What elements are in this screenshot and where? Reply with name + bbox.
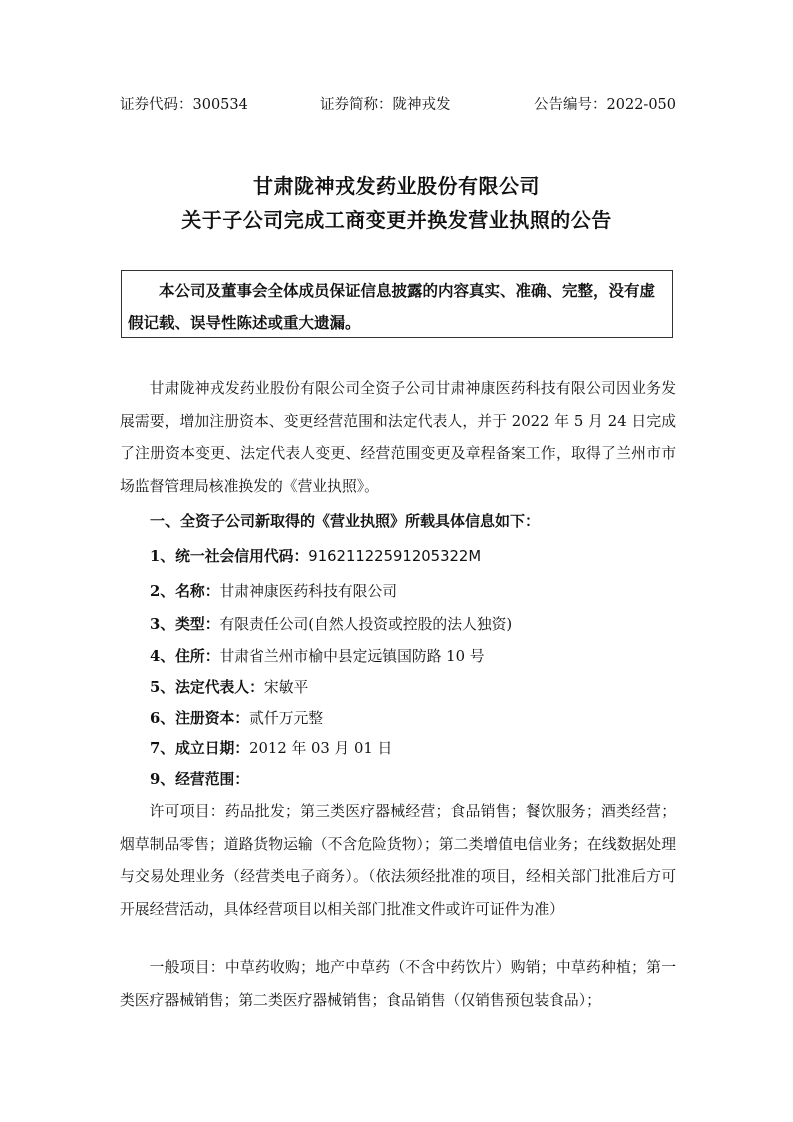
item-number: 3、	[150, 616, 175, 633]
info-item-credit-code: 1、统一社会信用代码：91621122591205322M	[150, 547, 481, 567]
item-label: 注册资本：	[175, 710, 249, 727]
item-value: 有限责任公司(自然人投资或控股的法人独资)	[220, 616, 513, 633]
item-number: 6、	[150, 710, 175, 727]
intro-text: 甘肃陇神戎发药业股份有限公司全资子公司甘肃神康医药科技有限公司因业务发展需要，增…	[120, 373, 676, 503]
general-scope-paragraph: 一般项目：中草药收购；地产中草药（不含中药饮片）购销；中草药种植；第一类医疗器械…	[120, 952, 676, 1017]
section-heading: 一、全资子公司新取得的《营业执照》所载具体信息如下：	[150, 510, 540, 531]
intro-paragraph: 甘肃陇神戎发药业股份有限公司全资子公司甘肃神康医药科技有限公司因业务发展需要，增…	[120, 373, 676, 503]
item-value: 宋敏平	[264, 679, 308, 696]
announcement-header: 证券代码：300534 证券简称：陇神戎发 公告编号：2022-050	[120, 94, 676, 116]
item-value: 贰仟万元整	[249, 710, 323, 727]
disclaimer-box: 本公司及董事会全体成员保证信息披露的内容真实、准确、完整，没有虚假记载、误导性陈…	[121, 270, 673, 338]
item-label: 法定代表人：	[175, 679, 264, 696]
item-value: 91621122591205322M	[308, 548, 481, 565]
info-item-business-scope: 9、经营范围：	[150, 770, 249, 790]
item-number: 9、	[150, 771, 175, 788]
item-label: 名称：	[175, 583, 219, 600]
stock-code: 证券代码：300534	[120, 94, 248, 116]
company-title: 甘肃陇神戎发药业股份有限公司	[0, 170, 793, 199]
item-number: 1、	[150, 548, 175, 565]
info-item-address: 4、住所：甘肃省兰州市榆中县定远镇国防路 10 号	[150, 647, 485, 667]
announcement-number: 公告编号：2022-050	[534, 94, 676, 116]
licensed-scope-paragraph: 许可项目：药品批发；第三类医疗器械经营；食品销售；餐饮服务；酒类经营；烟草制品零…	[120, 796, 676, 926]
general-scope-text: 一般项目：中草药收购；地产中草药（不含中药饮片）购销；中草药种植；第一类医疗器械…	[120, 952, 676, 1017]
item-label: 统一社会信用代码：	[175, 548, 308, 565]
item-number: 5、	[150, 679, 175, 696]
stock-short-name: 证券简称：陇神戎发	[320, 94, 451, 116]
item-number: 2、	[150, 583, 175, 600]
info-item-registered-capital: 6、注册资本：贰仟万元整	[150, 709, 323, 729]
item-label: 类型：	[175, 616, 219, 633]
item-number: 7、	[150, 740, 175, 757]
info-item-legal-rep: 5、法定代表人：宋敏平	[150, 678, 308, 698]
info-item-type: 3、类型：有限责任公司(自然人投资或控股的法人独资)	[150, 615, 512, 635]
info-item-name: 2、名称：甘肃神康医药科技有限公司	[150, 582, 397, 602]
disclaimer-text: 本公司及董事会全体成员保证信息披露的内容真实、准确、完整，没有虚假记载、误导性陈…	[128, 275, 666, 339]
licensed-scope-text: 许可项目：药品批发；第三类医疗器械经营；食品销售；餐饮服务；酒类经营；烟草制品零…	[120, 796, 676, 926]
announcement-title: 关于子公司完成工商变更并换发营业执照的公告	[0, 204, 793, 233]
item-label: 住所：	[175, 648, 219, 665]
item-label: 成立日期：	[175, 740, 249, 757]
item-value: 甘肃神康医药科技有限公司	[220, 583, 398, 600]
info-item-established-date: 7、成立日期：2012 年 03 月 01 日	[150, 739, 392, 759]
item-number: 4、	[150, 648, 175, 665]
item-value: 甘肃省兰州市榆中县定远镇国防路 10 号	[220, 648, 485, 665]
item-label: 经营范围：	[175, 771, 249, 788]
item-value: 2012 年 03 月 01 日	[249, 740, 392, 757]
